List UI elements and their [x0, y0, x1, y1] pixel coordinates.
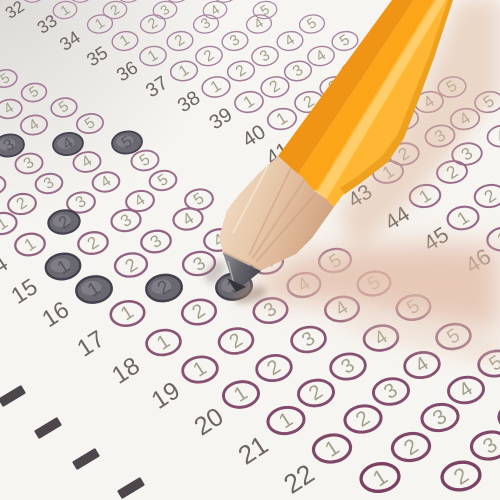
scene-canvas: 4554564574583459345102345112345121234513…	[0, 0, 500, 500]
answer-sheet-photo: 4554564574583459345102345112345121234513…	[0, 0, 500, 500]
